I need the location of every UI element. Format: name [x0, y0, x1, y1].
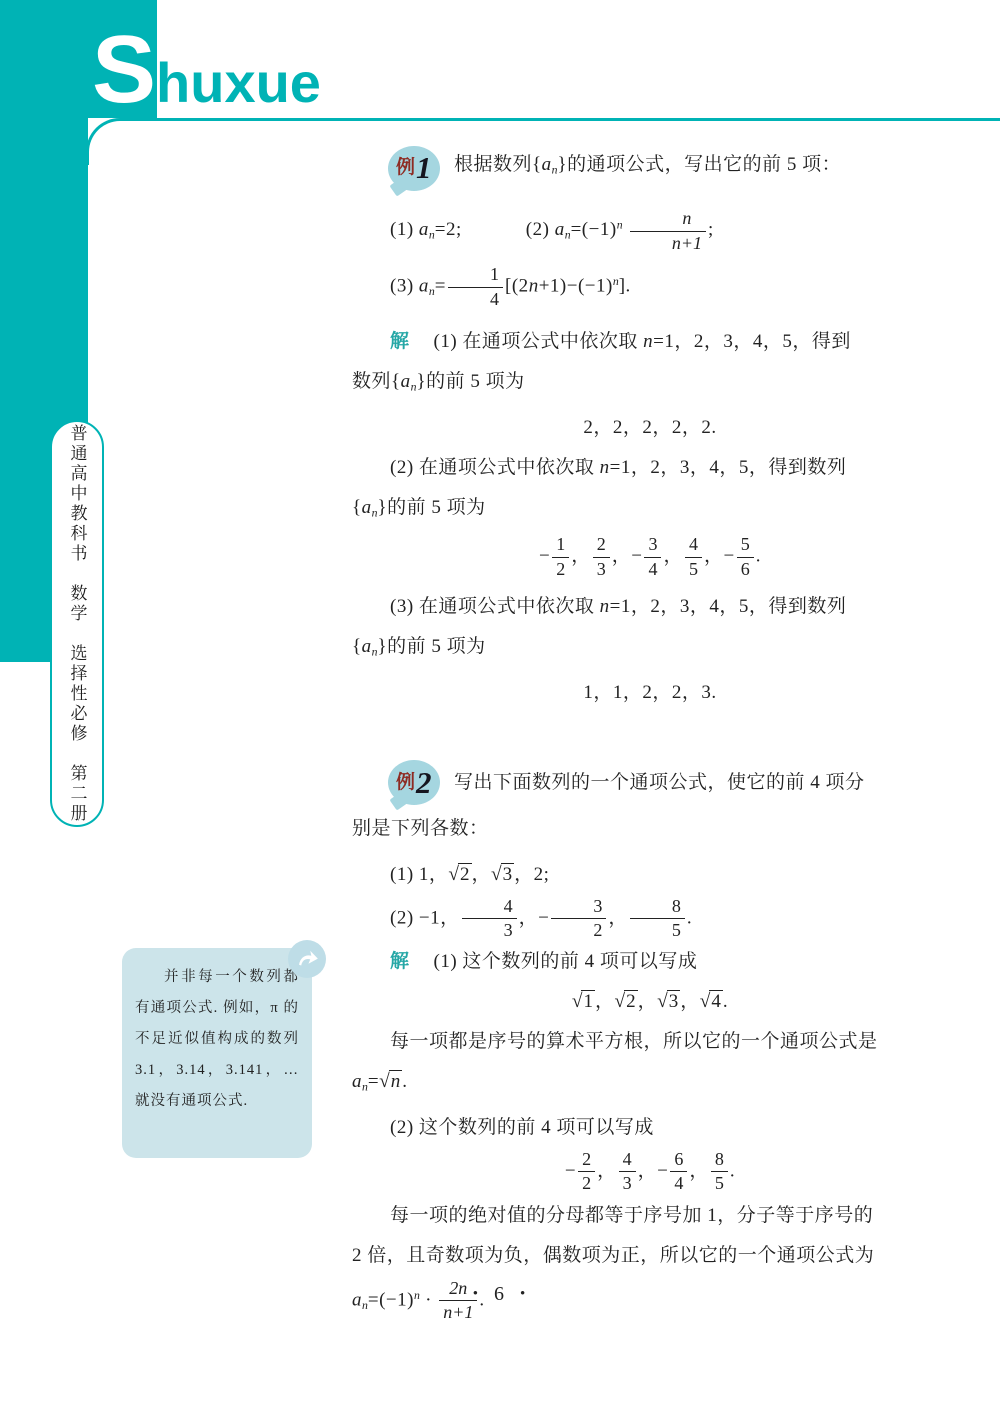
example2-para3-line1: 每一项的绝对值的分母都等于序号加 1，分子等于序号的: [352, 1196, 948, 1236]
example2-formula2: an=(−1)n · 2nn+1.: [352, 1276, 948, 1326]
example1-sol3-result: 1，1，2，2，3.: [352, 673, 948, 713]
example1-sol2-result: −12，23，−34，45，−56.: [352, 533, 948, 581]
example2-item1: (1) 1，√2，√3，2;: [352, 855, 948, 895]
example1-sol3-line1: (3) 在通项公式中依次取 n=1，2，3，4，5，得到数列: [352, 587, 948, 627]
logo-huxue: huxue: [156, 33, 321, 133]
margin-note-text: 并非每一个数列都有通项公式. 例如，π 的不足近似值构成的数列 3.1，3.14…: [135, 962, 299, 1117]
example2-formula1: an=√n.: [352, 1062, 948, 1108]
textbook-page: S huxue 普通高中教科书 数学 选择性必修 第二册 并非每一个数列都有通项…: [0, 0, 1000, 1403]
example1-sol3-line2: {an}的前 5 项为: [352, 627, 948, 673]
example2-badge: 例 2: [388, 760, 440, 805]
example1-title: 根据数列{an}的通项公式，写出它的前 5 项：: [454, 145, 948, 191]
example1-sol2-line1: (2) 在通项公式中依次取 n=1，2，3，4，5，得到数列: [352, 448, 948, 488]
example-badge-label: 例: [396, 763, 415, 803]
curved-arrow-icon: [288, 940, 326, 978]
example-badge-label: 例: [396, 148, 415, 188]
margin-note-box: 并非每一个数列都有通项公式. 例如，π 的不足近似值构成的数列 3.1，3.14…: [122, 948, 312, 1158]
example1-items-row: (1) an=2;(2) an=(−1)n nn+1;: [352, 206, 948, 256]
example2-sol2-terms: −22，43，−64，85.: [352, 1148, 948, 1196]
example1-sol1-line2: 数列{an}的前 5 项为: [352, 362, 948, 408]
example2-title-line: 例 2 写出下面数列的一个通项公式，使它的前 4 项分: [352, 757, 948, 809]
example-badge-number: 1: [416, 148, 432, 188]
solve-label: 解: [390, 331, 410, 352]
example2-para1: 每一项都是序号的算术平方根，所以它的一个通项公式是: [352, 1022, 948, 1062]
example1-sol1-result: 2，2，2，2，2.: [352, 408, 948, 448]
example1-item2: (2) an=(−1)n nn+1;: [526, 219, 714, 240]
book-spine-pill: 普通高中教科书 数学 选择性必修 第二册: [50, 420, 104, 827]
shuxue-logo: S huxue: [92, 20, 321, 133]
example2-para2: (2) 这个数列的前 4 项可以写成: [352, 1108, 948, 1148]
example1-title-line: 例 1 根据数列{an}的通项公式，写出它的前 5 项：: [352, 142, 948, 194]
main-content: 例 1 根据数列{an}的通项公式，写出它的前 5 项： (1) an=2;(2…: [352, 142, 948, 1326]
example2-title-line2: 别是下列各数：: [352, 809, 948, 849]
example2-para3-line2: 2 倍，且奇数项为负，偶数项为正，所以它的一个通项公式为: [352, 1236, 948, 1276]
example1-sol1-line1: 解(1) 在通项公式中依次取 n=1，2，3，4，5，得到: [352, 322, 948, 362]
book-spine-text: 普通高中教科书 数学 选择性必修 第二册: [69, 424, 86, 824]
example1-item3: (3) an=14[(2n+1)−(−1)n].: [352, 262, 948, 312]
example2-title: 写出下面数列的一个通项公式，使它的前 4 项分: [454, 763, 948, 803]
example2-sol1-line: 解(1) 这个数列的前 4 项可以写成: [352, 942, 948, 982]
logo-letter-s: S: [92, 20, 154, 120]
example1-badge: 例 1: [388, 146, 440, 191]
example2-sol1-terms: √1，√2，√3，√4.: [352, 982, 948, 1022]
example2-item2: (2) −1，43，−32，85.: [352, 895, 948, 943]
example1-item1: (1) an=2;: [390, 219, 462, 240]
solve-label: 解: [390, 951, 410, 972]
example1-sol2-line2: {an}的前 5 项为: [352, 488, 948, 534]
example-badge-number: 2: [416, 763, 432, 803]
